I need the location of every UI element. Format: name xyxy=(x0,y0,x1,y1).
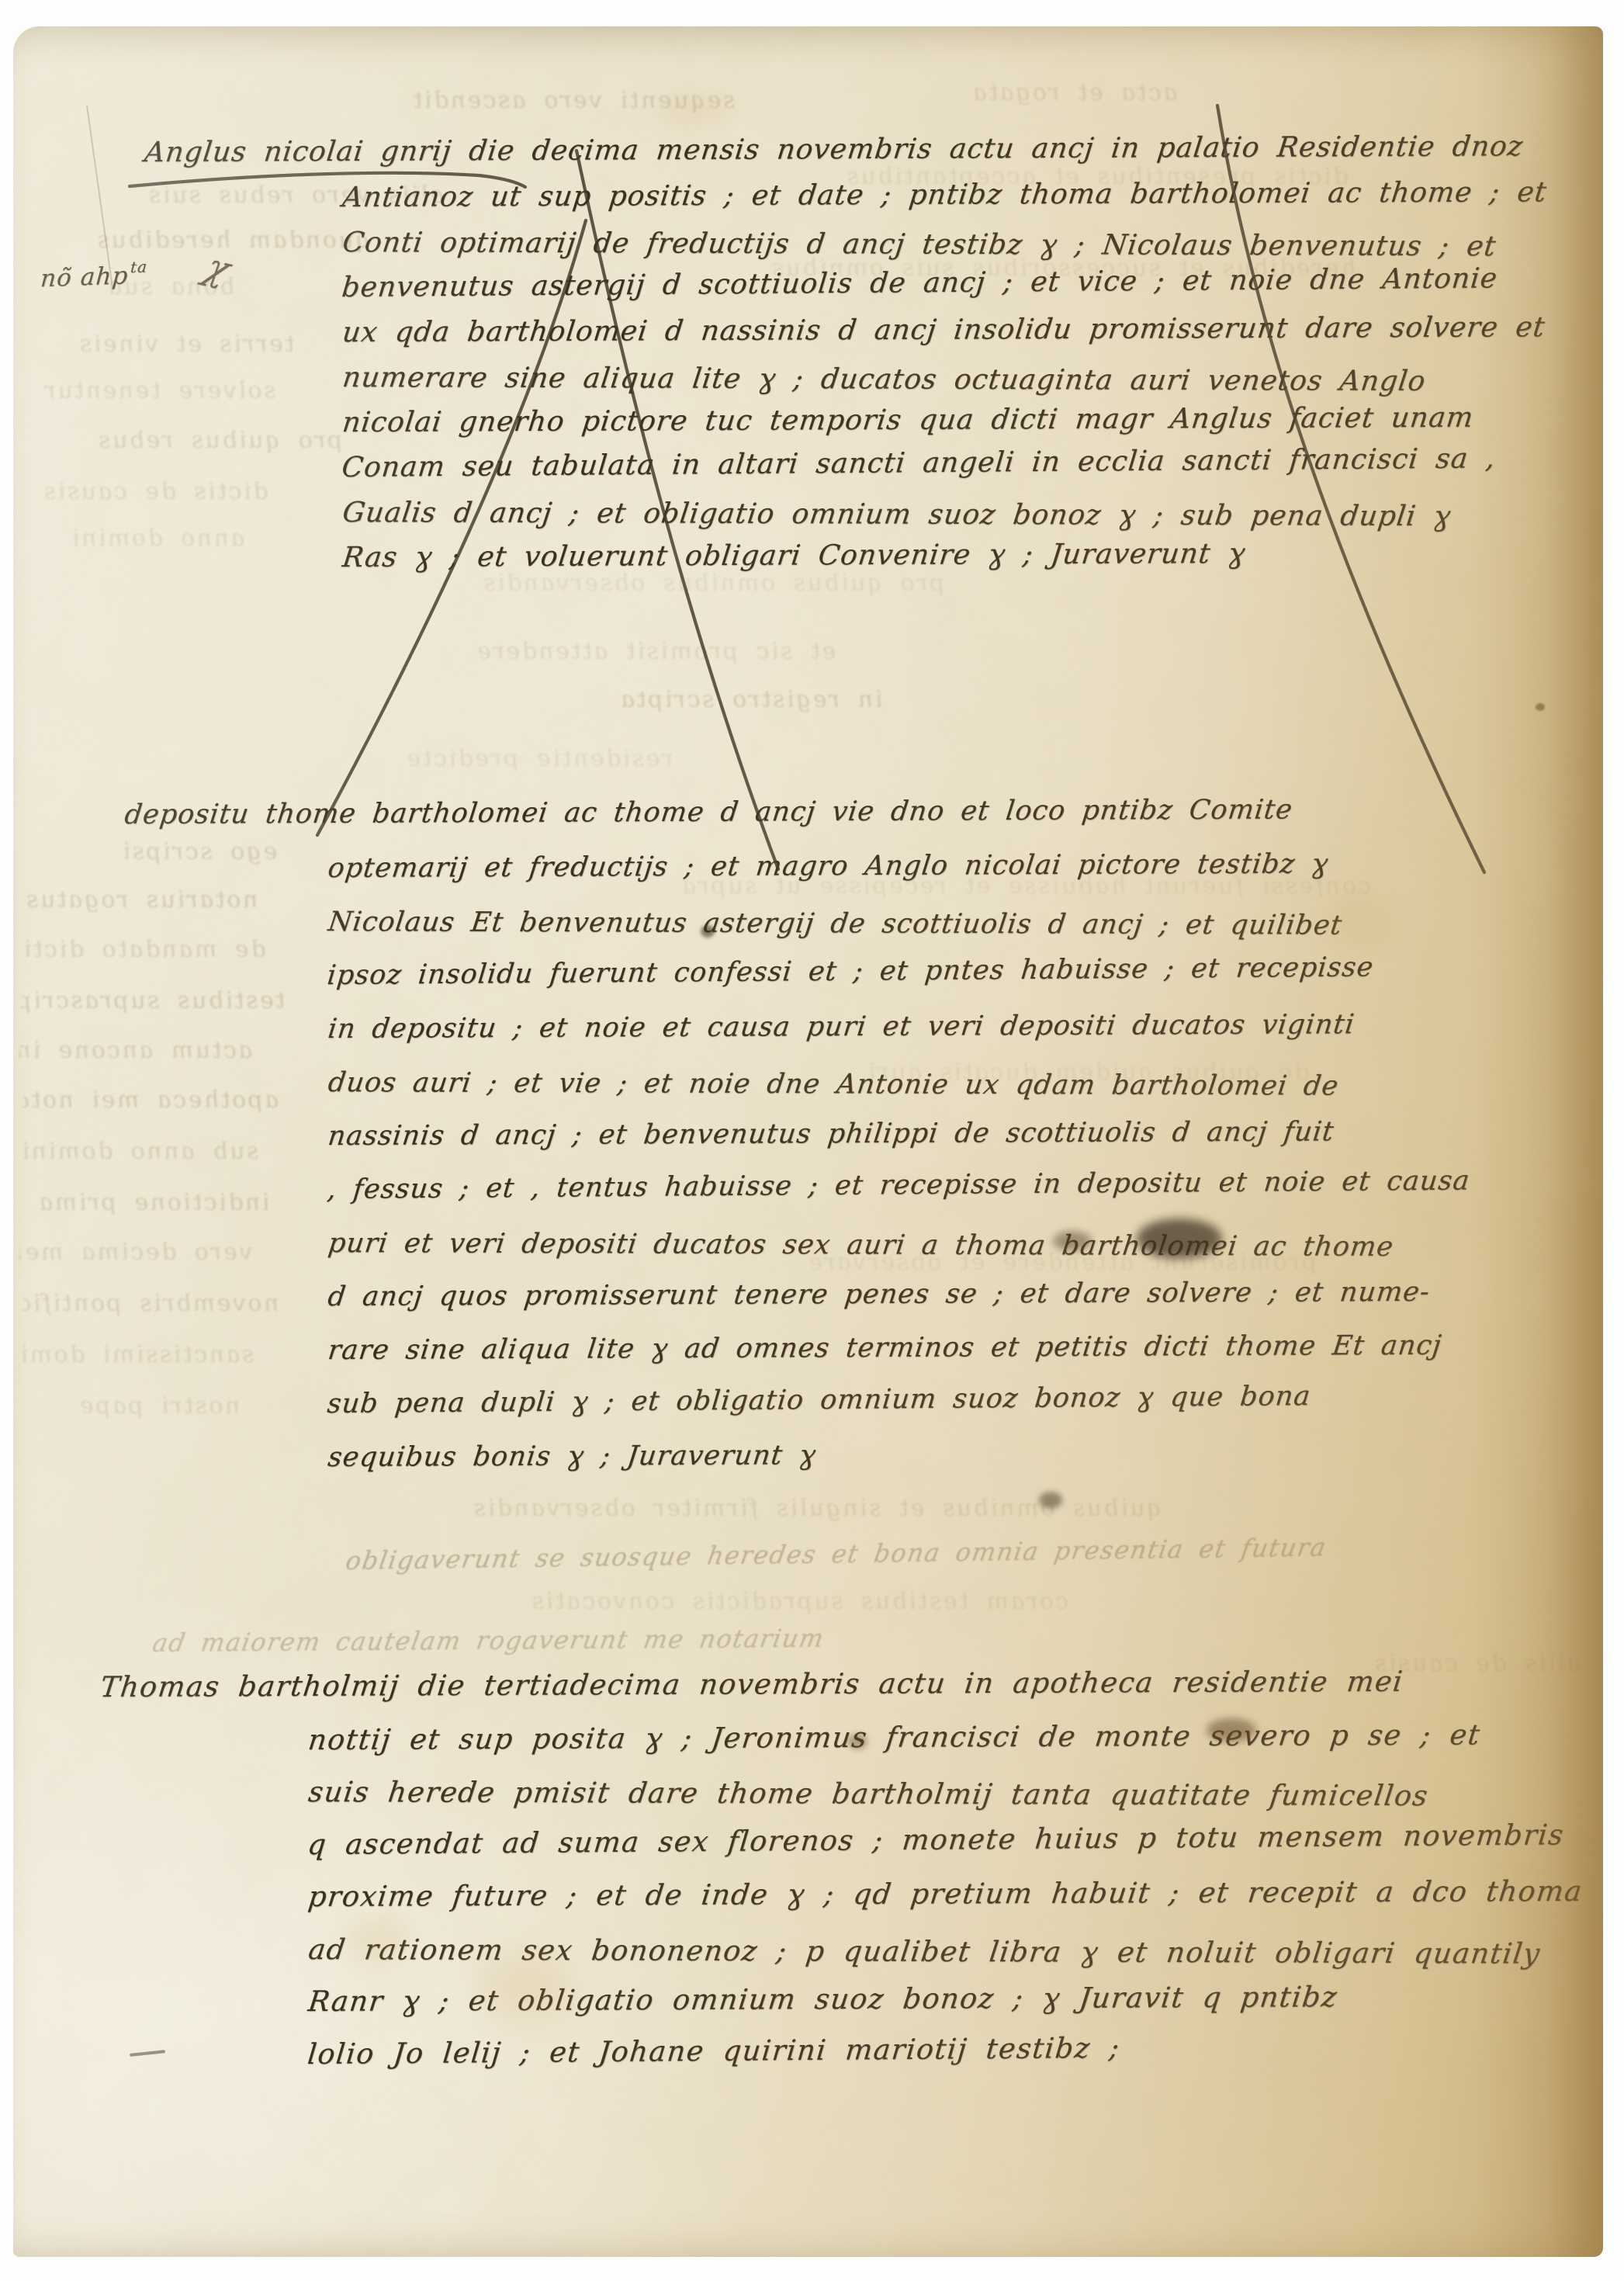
marginal-note-text: nõ ahp xyxy=(40,262,130,293)
manuscript-line: lolio Jo lelij ; et Johane quirini mario… xyxy=(304,2027,1584,2089)
bleedthrough-line: novembris pontificatus xyxy=(21,1290,281,1324)
manuscript-line: nassinis d ancj ; et benvenutus philippi… xyxy=(324,1116,1472,1174)
bleedthrough-line: in registro scripta xyxy=(446,686,885,720)
scrawl-line: obligaverunt se suosque heredes et bona … xyxy=(343,1530,1453,1582)
bleedthrough-line: sanctissimi domini xyxy=(19,1341,256,1375)
bleedthrough-line: quibus omnibus et singulis firmiter obse… xyxy=(113,1495,1164,1529)
bleedthrough-line: anno domini xyxy=(26,525,247,559)
bleedthrough-line: residentie predicte xyxy=(268,745,675,779)
bleedthrough-line: pro quibus rebus xyxy=(30,427,345,461)
manuscript-line: ux qda bartholomei d nassinis d ancj ins… xyxy=(339,311,1549,362)
bleedthrough-line: actum ancone in xyxy=(18,1037,255,1071)
manuscript-line: Anglus nicolai gnrij die decima mensis n… xyxy=(141,130,1549,182)
bleedthrough-line: notarius rogatus xyxy=(23,886,260,920)
bleedthrough-line: apotheca mei notarii xyxy=(21,1087,281,1121)
manuscript-line: proxime future ; et de inde ɣ ; qd preti… xyxy=(304,1874,1584,1933)
manuscript-line: , fessus ; et , tentus habuisse ; et rec… xyxy=(324,1165,1471,1228)
stain xyxy=(657,95,735,126)
paper-mark xyxy=(130,2050,165,2057)
bleedthrough-line: indictione prima die xyxy=(19,1189,272,1223)
manuscript-line: Thomas bartholmij die tertiadecima novem… xyxy=(96,1664,1584,1723)
bleedthrough-line: de mandato dicti xyxy=(16,936,268,970)
bleedthrough-line: coram testibus supradictis convocatis xyxy=(136,1588,1071,1622)
notarial-entry-2: depositu thome bartholomei ac thome d an… xyxy=(324,799,1465,1496)
manuscript-line: d ancj quos promisserunt tenere penes se… xyxy=(324,1277,1472,1335)
manuscript-line: benvenutus astergij d scottiuolis de anc… xyxy=(339,262,1548,317)
manuscript-line: Ras ɣ ; et voluerunt obligari Convenire … xyxy=(339,536,1549,587)
bleedthrough-line: terris et vineis xyxy=(29,331,296,365)
manuscript-line: ipsoz insolidu fuerunt confessi et ; et … xyxy=(324,951,1471,1014)
marginal-note: nõ ahpta χ xyxy=(40,247,231,295)
manuscript-scan-page: sequenti vero ascenditacta et rogatadict… xyxy=(0,0,1624,2281)
manuscript-line: Antianoz ut sup positis ; et date ; pnti… xyxy=(339,176,1549,227)
manuscript-line: in depositu ; et noie et causa puri et v… xyxy=(324,1009,1472,1067)
manuscript-line: sub pena dupli ɣ ; et obligatio omnium s… xyxy=(324,1379,1471,1442)
manuscript-paper: sequenti vero ascenditacta et rogatadict… xyxy=(13,26,1603,2257)
bleedthrough-line: solvere tenentur xyxy=(26,377,278,411)
manuscript-line: optemarij et freductijs ; et magro Anglo… xyxy=(324,848,1472,907)
notarial-entry-1: Anglus nicolai gnrij die decima mensis n… xyxy=(339,137,1543,587)
bleedthrough-line: vero decima mensis xyxy=(18,1239,255,1273)
notarial-entry-3: Thomas bartholmij die tertiadecima novem… xyxy=(304,1670,1578,2089)
manuscript-line: q ascendat ad suma sex florenos ; monete… xyxy=(304,1818,1584,1880)
bleedthrough-line: acta et rogata xyxy=(772,79,1179,113)
bleedthrough-line: sequenti vero ascendit xyxy=(175,87,737,121)
marginal-flourish-mark: χ xyxy=(199,246,239,290)
manuscript-line: sequibus bonis ɣ ; Juraverunt ɣ xyxy=(324,1437,1472,1496)
manuscript-line: depositu thome bartholomei ac thome d an… xyxy=(120,793,1473,853)
manuscript-line: Conam seu tabulata in altari sancti ange… xyxy=(339,442,1548,497)
bleedthrough-line: testibus suprascriptis xyxy=(19,987,287,1021)
stain xyxy=(1536,703,1545,711)
bleedthrough-line: nostri pape xyxy=(21,1392,242,1426)
bleedthrough-line: sub anno domini xyxy=(16,1138,261,1172)
bleedthrough-line: et sic promisit attendere xyxy=(338,638,838,672)
manuscript-line: nottij et sup posita ɣ ; Jeronimus franc… xyxy=(304,1717,1584,1775)
manuscript-line: rare sine aliqua lite ɣ ad omnes termino… xyxy=(324,1330,1472,1388)
marginal-note-superscript: ta xyxy=(130,257,148,276)
bleedthrough-line: dictis de causis xyxy=(33,478,270,512)
scrawl-line: ad maiorem cautelam rogaverunt me notari… xyxy=(149,1622,971,1663)
